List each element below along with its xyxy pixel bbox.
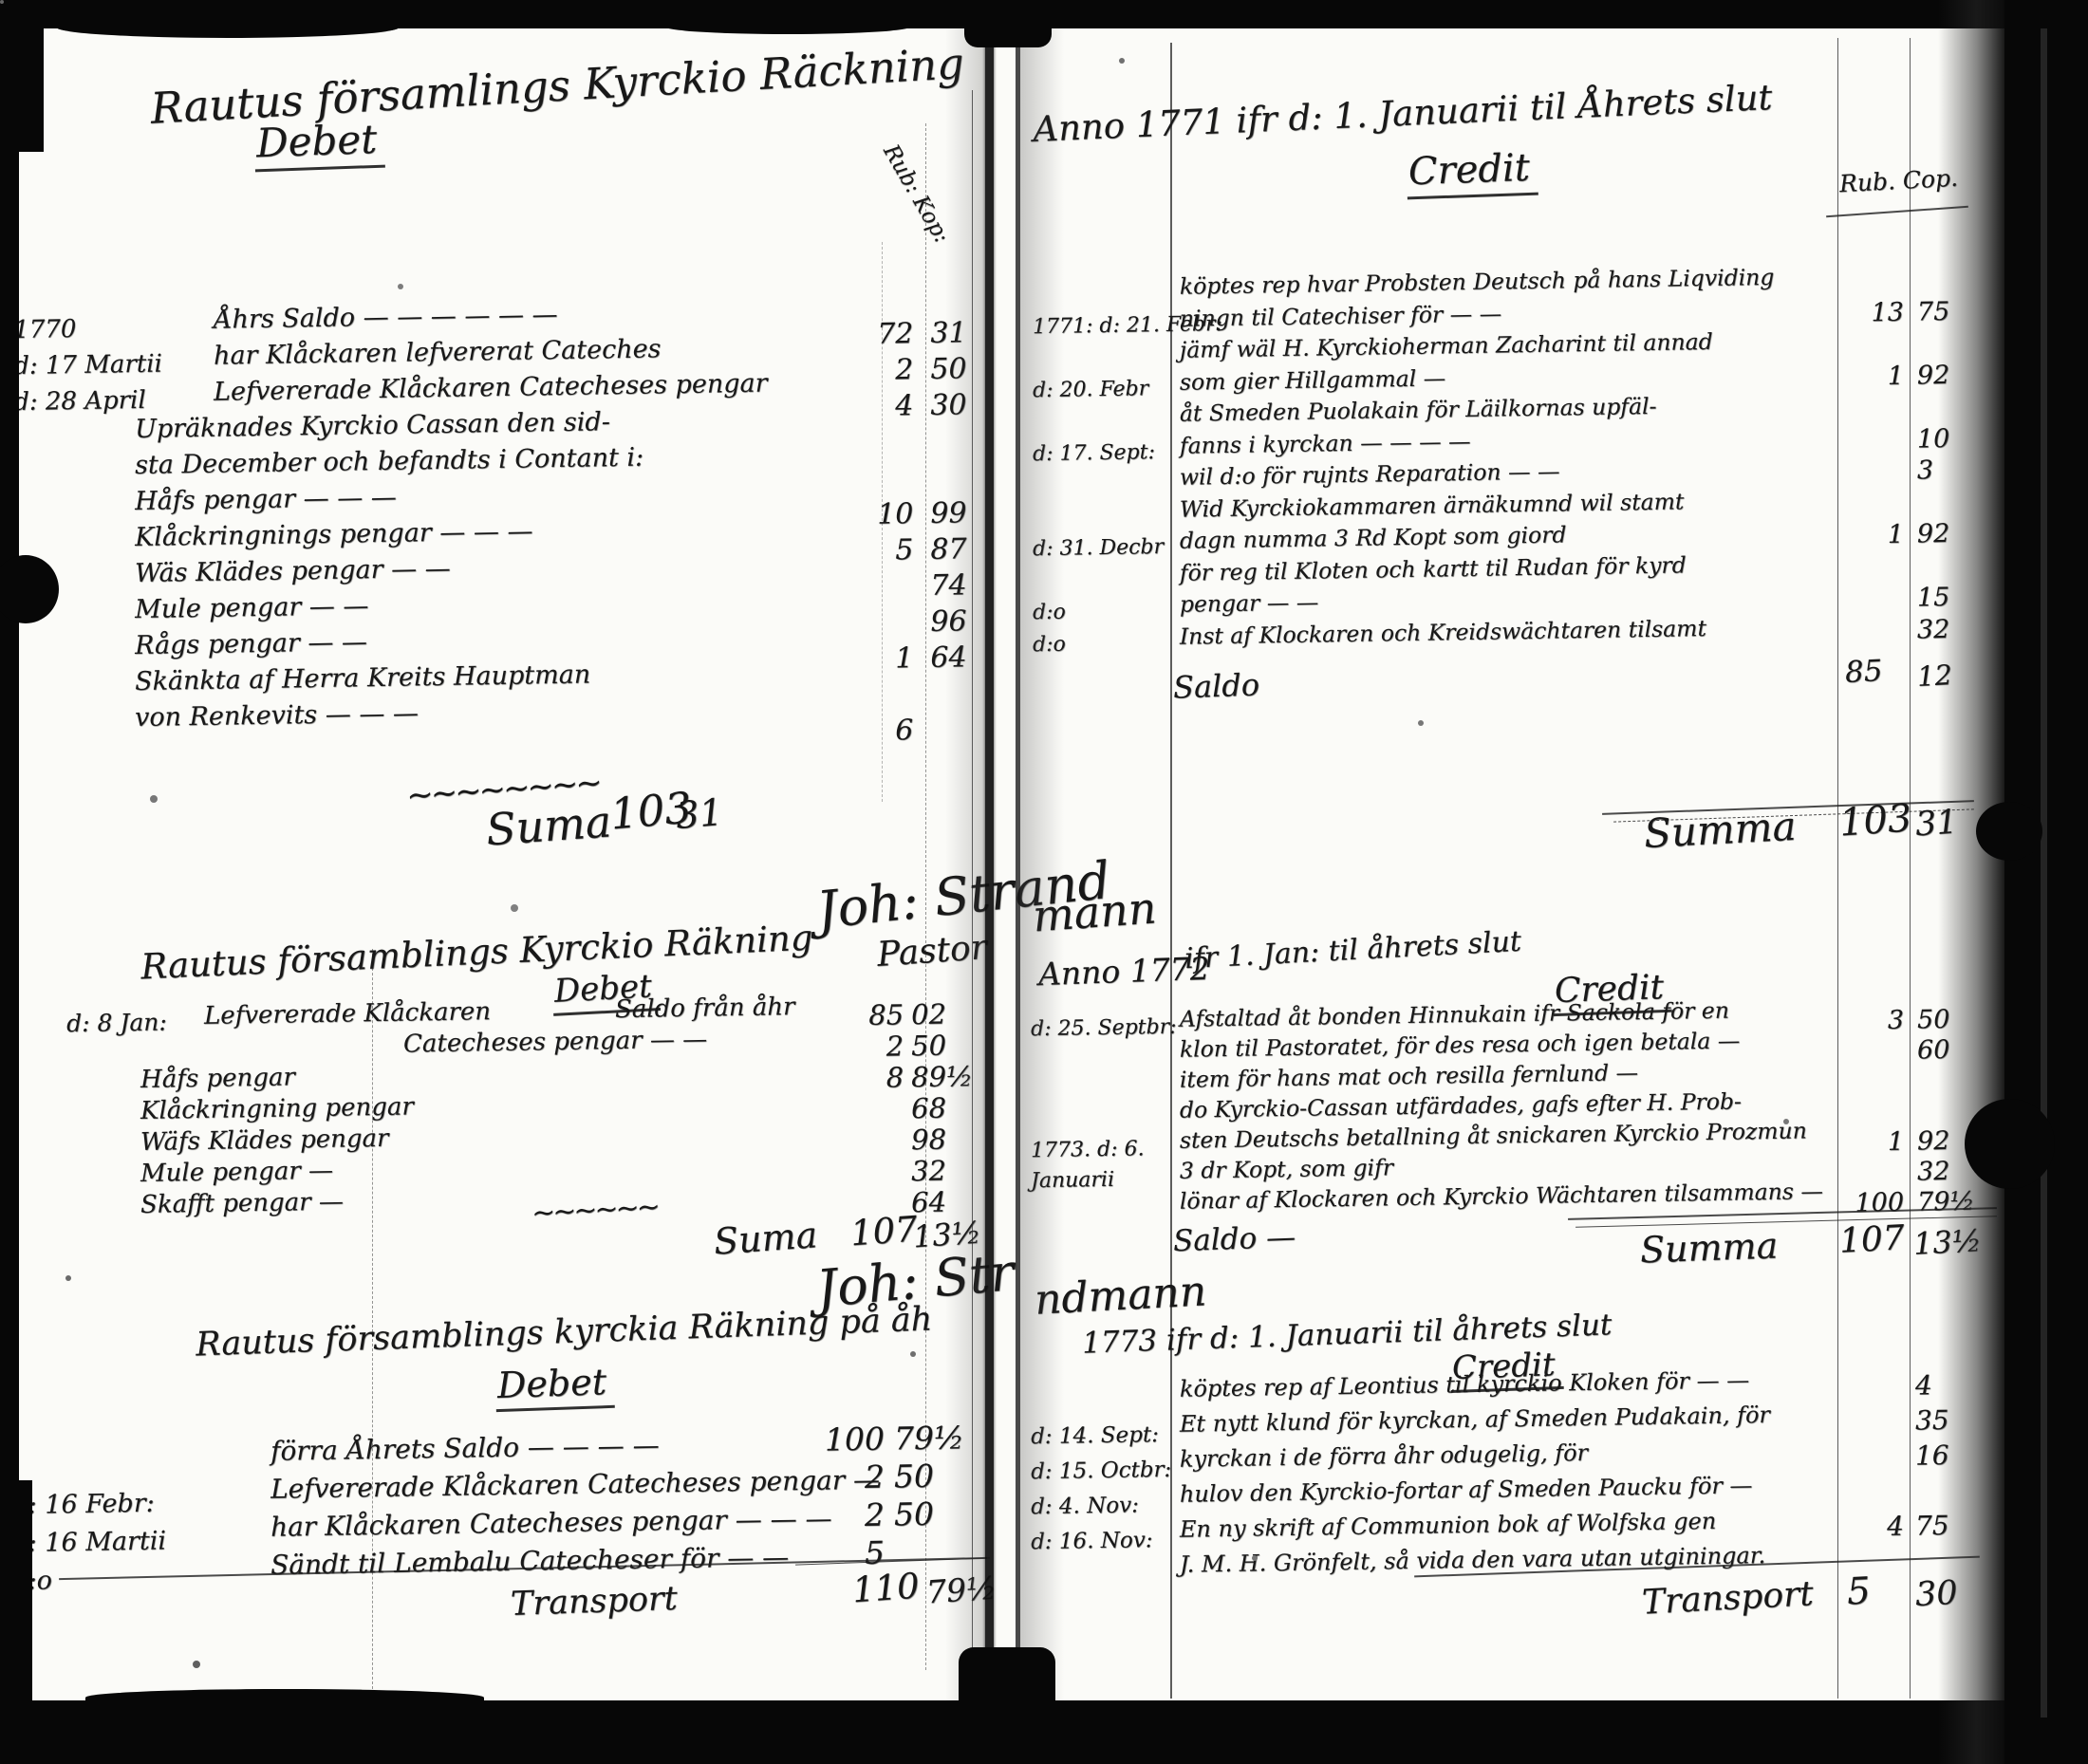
scan-speckles	[0, 0, 4, 4]
page-curl-shading	[1938, 0, 2008, 1764]
scan-border-torn-edge	[664, 19, 911, 34]
book-edge-streak	[2041, 28, 2047, 1718]
scanned-ledger-spread: Rautus församlings Kyrckio Räckning Debe…	[0, 0, 2088, 1764]
scan-border-torn-edge	[85, 1689, 484, 1706]
transport-1773-right-rub: 5	[1846, 1569, 1872, 1613]
entry-text: köptes rep af Leontius til kyrckio Kloke…	[1180, 1366, 1750, 1402]
gutter-shadow-top	[964, 0, 1052, 47]
scan-border-torn-edge	[57, 17, 399, 38]
amount-cop: 4	[1915, 1369, 1932, 1401]
gutter-shadow-bottom	[959, 1647, 1055, 1764]
scan-blob	[1976, 802, 2042, 861]
book-gutter-line	[985, 25, 994, 1702]
gutter-shading	[1020, 27, 1064, 1700]
gutter-shading	[945, 27, 985, 1700]
scan-border-left-corner	[0, 0, 44, 152]
amount-rub: 4	[1836, 1511, 1905, 1543]
book-gutter-line	[1016, 25, 1020, 1702]
entry-text: kyrckan i de förra åhr odugelig, för	[1180, 1439, 1589, 1473]
scan-blob	[1965, 1099, 2055, 1189]
